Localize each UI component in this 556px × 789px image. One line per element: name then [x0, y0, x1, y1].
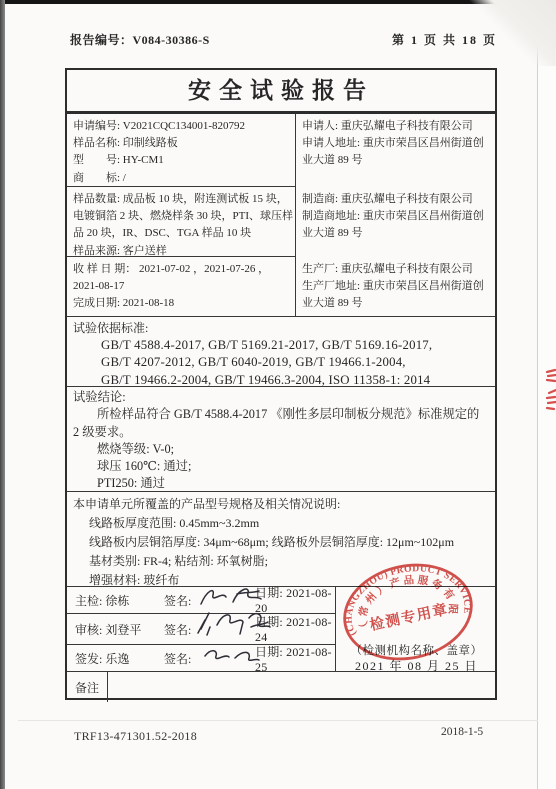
signature-label: 签名:: [164, 645, 191, 672]
info-right-column: 申请人: 重庆弘耀电子科技有限公司 申请人地址: 重庆市荣昌区昌州街道创 业大道…: [295, 114, 495, 316]
applicant-cell: 申请人: 重庆弘耀电子科技有限公司 申请人地址: 重庆市荣昌区昌州街道创 业大道…: [296, 114, 495, 187]
ball-pressure-result: 球压 160℃: 通过;: [73, 458, 489, 475]
receive-date-line: 收 样 日 期： 2021-07-02 ，2021-07-26 ，: [73, 261, 290, 278]
sample-quantity-line: 品 20 块，IR、DSC、TGA 样品 10 块: [73, 225, 290, 242]
sample-name: 样品名称: 印制线路板: [73, 135, 290, 152]
stamp-center-text: 检测专用章: [368, 600, 450, 634]
applicant-name: 申请人: 重庆弘耀电子科技有限公司: [302, 118, 491, 135]
svg-text:(CHANGZHOU) PRODUCT SERVICES C: (CHANGZHOU) PRODUCT SERVICES CO., LTD.: [334, 556, 475, 643]
standards-line: GB/T 4207-2012, GB/T 6040-2019, GB/T 194…: [73, 354, 489, 371]
manufacturer-address-line: 制造商地址: 重庆市荣昌区昌州街道创: [302, 208, 491, 225]
factory-address-line: 业大道 89 号: [302, 295, 491, 312]
manufacturer-name: 制造商: 重庆弘耀电子科技有限公司: [302, 191, 491, 208]
standards-section: 试验依据标准: GB/T 4588.4-2017, GB/T 5169.21-2…: [67, 316, 495, 386]
conclusion-section: 试验结论: 所检样品符合 GB/T 4588.4-2017 《刚性多层印制板分规…: [67, 386, 495, 491]
applicant-address-line: 申请人地址: 重庆市荣昌区昌州街道创: [302, 135, 491, 152]
remark-label: 备注: [67, 672, 108, 702]
sample-quantity-line: 样品数量: 成品板 10 块，附连测试板 15 块，: [73, 191, 290, 208]
reviewer: 审核: 刘登平: [75, 614, 141, 644]
paper-edge-line: [537, 0, 538, 789]
sample-source: 样品来源: 客户送样: [73, 243, 290, 257]
application-number: 申请编号: V2021CQC134001-820792: [73, 118, 290, 135]
info-section: 申请编号: V2021CQC134001-820792 样品名称: 印制线路板 …: [67, 114, 495, 316]
copper-foil-thickness: 线路板内层铜箔厚度: 34μm~68μm; 线路板外层铜箔厚度: 12μm~10…: [73, 533, 489, 552]
receive-date-line: 2021-08-17: [73, 278, 290, 295]
factory-name: 生产厂: 重庆弘耀电子科技有限公司: [302, 261, 491, 278]
chief-inspector: 主检: 徐栋: [75, 587, 129, 613]
title-box: 安全试验报告: [65, 68, 497, 113]
approver: 签发: 乐逸: [75, 645, 129, 672]
coverage-heading: 本申请单元所覆盖的产品型号规格及相关情况说明:: [73, 495, 489, 514]
stamp-arc-english: (CHANGZHOU) PRODUCT SERVICES CO., LTD.: [334, 556, 475, 643]
scanned-report-page: 报告编号：V084-30386-S 第 1 页 共 18 页 安全试验报告 申请…: [0, 0, 556, 789]
conclusion-line: 所检样品符合 GB/T 4588.4-2017 《刚性多层印制板分规范》标准规定…: [73, 406, 489, 423]
sample-identity-cell: 申请编号: V2021CQC134001-820792 样品名称: 印制线路板 …: [67, 114, 295, 187]
dates-cell: 收 样 日 期： 2021-07-02 ，2021-07-26 ， 2021-0…: [67, 257, 295, 316]
page-number: 第 1 页 共 18 页: [0, 31, 497, 48]
conclusion-heading: 试验结论:: [73, 389, 489, 406]
signature-date: 日期: 2021-08-25: [255, 645, 335, 672]
edge-stamp-fragment: [545, 368, 556, 414]
scan-streak: [18, 720, 538, 721]
standards-line: GB/T 4588.4-2017, GB/T 5169.21-2017, GB/…: [73, 337, 489, 354]
factory-cell: 生产厂: 重庆弘耀电子科技有限公司 生产厂地址: 重庆市荣昌区昌州街道创 业大道…: [296, 257, 495, 316]
standards-heading: 试验依据标准:: [73, 320, 489, 337]
board-thickness-range: 线路板厚度范围: 0.45mm~3.2mm: [73, 514, 489, 533]
scan-left-edge: [0, 0, 5, 789]
factory-address-line: 生产厂地址: 重庆市荣昌区昌州街道创: [302, 278, 491, 295]
trademark: 商 标: /: [73, 170, 290, 187]
info-left-column: 申请编号: V2021CQC134001-820792 样品名称: 印制线路板 …: [67, 114, 295, 316]
complete-date: 完成日期: 2021-08-18: [73, 295, 290, 312]
approver-row: 签发: 乐逸 签名: 日期: 2021-08-25: [67, 645, 335, 672]
model-number: 型 号: HY-CM1: [73, 152, 290, 169]
sample-quantity-line: 电镀铜箔 2 块、燃烧样条 30 块，PTI、球压样: [73, 208, 290, 225]
conclusion-line: 2 级要求。: [73, 424, 489, 441]
flammability-rating: 燃烧等级: V-0;: [73, 441, 489, 458]
manufacturer-address-line: 业大道 89 号: [302, 225, 491, 242]
manufacturer-cell: 制造商: 重庆弘耀电子科技有限公司 制造商地址: 重庆市荣昌区昌州街道创 业大道…: [296, 187, 495, 257]
signature-label: 签名:: [164, 614, 191, 644]
form-version-date: 2018-1-5: [441, 726, 483, 738]
signature-label: 签名:: [164, 587, 191, 613]
form-reference-number: TRF13-471301.52-2018: [74, 729, 197, 744]
report-title: 安全试验报告: [188, 78, 374, 103]
remark-section: 备注: [67, 671, 495, 702]
signature-rows: 主检: 徐栋 签名: 日期: 2021-08-20 审核: 刘登平 签名: 日期…: [67, 587, 335, 672]
applicant-address-line: 业大道 89 号: [302, 152, 491, 169]
sample-quantity-cell: 样品数量: 成品板 10 块，附连测试板 15 块， 电镀铜箔 2 块、燃烧样条…: [67, 187, 295, 257]
inspection-stamp: (CHANGZHOU) PRODUCT SERVICES CO., LTD. （…: [334, 556, 482, 668]
